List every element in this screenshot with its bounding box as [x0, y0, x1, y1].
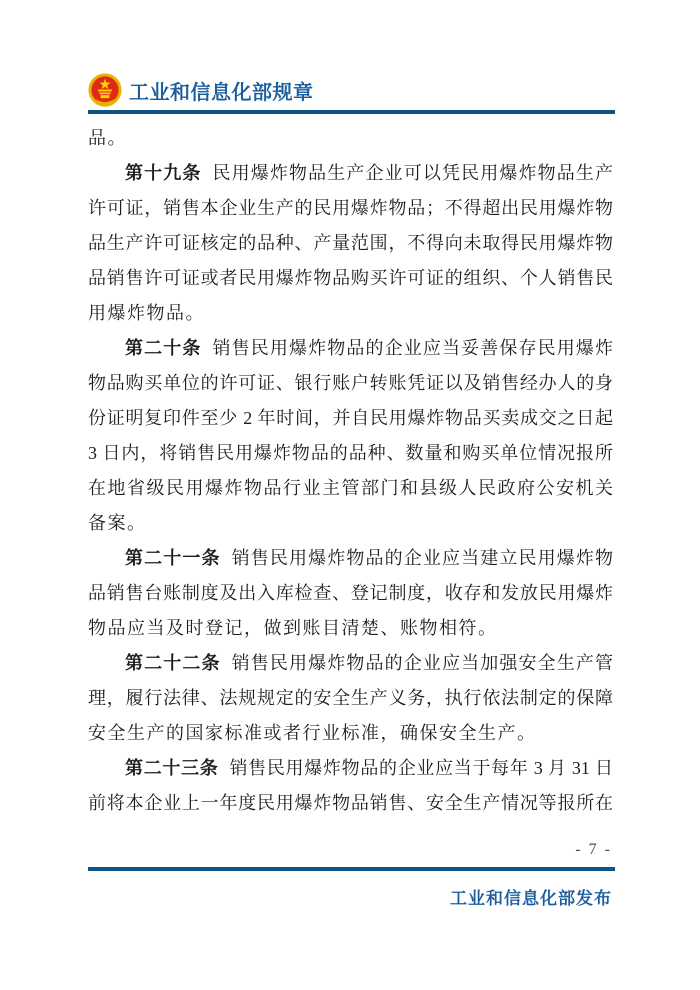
header-rule: [88, 110, 615, 114]
document-body: 品。第十九条民用爆炸物品生产企业可以凭民用爆炸物品生产许可证，销售本企业生产的民…: [88, 121, 613, 821]
body-line: 安全生产的国家标准或者行业标准，确保安全生产。: [88, 716, 613, 751]
body-line: 物品应当及时登记，做到账目清楚、账物相符。: [88, 611, 613, 646]
body-line: 3 日内，将销售民用爆炸物品的品种、数量和购买单位情况报所: [88, 436, 613, 471]
body-line: 第十九条民用爆炸物品生产企业可以凭民用爆炸物品生产: [88, 156, 613, 191]
body-line: 第二十条销售民用爆炸物品的企业应当妥善保存民用爆炸: [88, 331, 613, 366]
article-number: 第二十条: [125, 338, 202, 358]
body-line: 品销售台账制度及出入库检查、登记制度，收存和发放民用爆炸: [88, 576, 613, 611]
publisher-label: 工业和信息化部发布: [450, 884, 612, 909]
page-number: - 7 -: [575, 841, 612, 859]
article-number: 第二十二条: [125, 653, 221, 673]
article-number: 第二十三条: [125, 758, 218, 778]
document-header: 工业和信息化部规章: [88, 72, 314, 108]
national-emblem-icon: [88, 73, 122, 107]
body-line: 品生产许可证核定的品种、产量范围，不得向未取得民用爆炸物: [88, 226, 613, 261]
body-line: 第二十一条销售民用爆炸物品的企业应当建立民用爆炸物: [88, 541, 613, 576]
body-line: 在地省级民用爆炸物品行业主管部门和县级人民政府公安机关: [88, 471, 613, 506]
body-line: 用爆炸物品。: [88, 296, 613, 331]
body-line: 份证明复印件至少 2 年时间，并自民用爆炸物品买卖成交之日起: [88, 401, 613, 436]
body-line: 前将本企业上一年度民用爆炸物品销售、安全生产情况等报所在: [88, 786, 613, 821]
article-number: 第十九条: [125, 163, 202, 183]
article-number: 第二十一条: [125, 548, 221, 568]
body-line: 品销售许可证或者民用爆炸物品购买许可证的组织、个人销售民: [88, 261, 613, 296]
body-line: 理，履行法律、法规规定的安全生产义务，执行依法制定的保障: [88, 681, 613, 716]
footer-rule: [88, 867, 615, 871]
header-title: 工业和信息化部规章: [129, 76, 314, 105]
document-page: 工业和信息化部规章 品。第十九条民用爆炸物品生产企业可以凭民用爆炸物品生产许可证…: [0, 0, 700, 990]
body-line: 品。: [88, 121, 613, 156]
body-line: 第二十三条销售民用爆炸物品的企业应当于每年 3 月 31 日: [88, 751, 613, 786]
body-line: 许可证，销售本企业生产的民用爆炸物品；不得超出民用爆炸物: [88, 191, 613, 226]
body-line: 第二十二条销售民用爆炸物品的企业应当加强安全生产管: [88, 646, 613, 681]
body-line: 物品购买单位的许可证、银行账户转账凭证以及销售经办人的身: [88, 366, 613, 401]
body-line: 备案。: [88, 506, 613, 541]
